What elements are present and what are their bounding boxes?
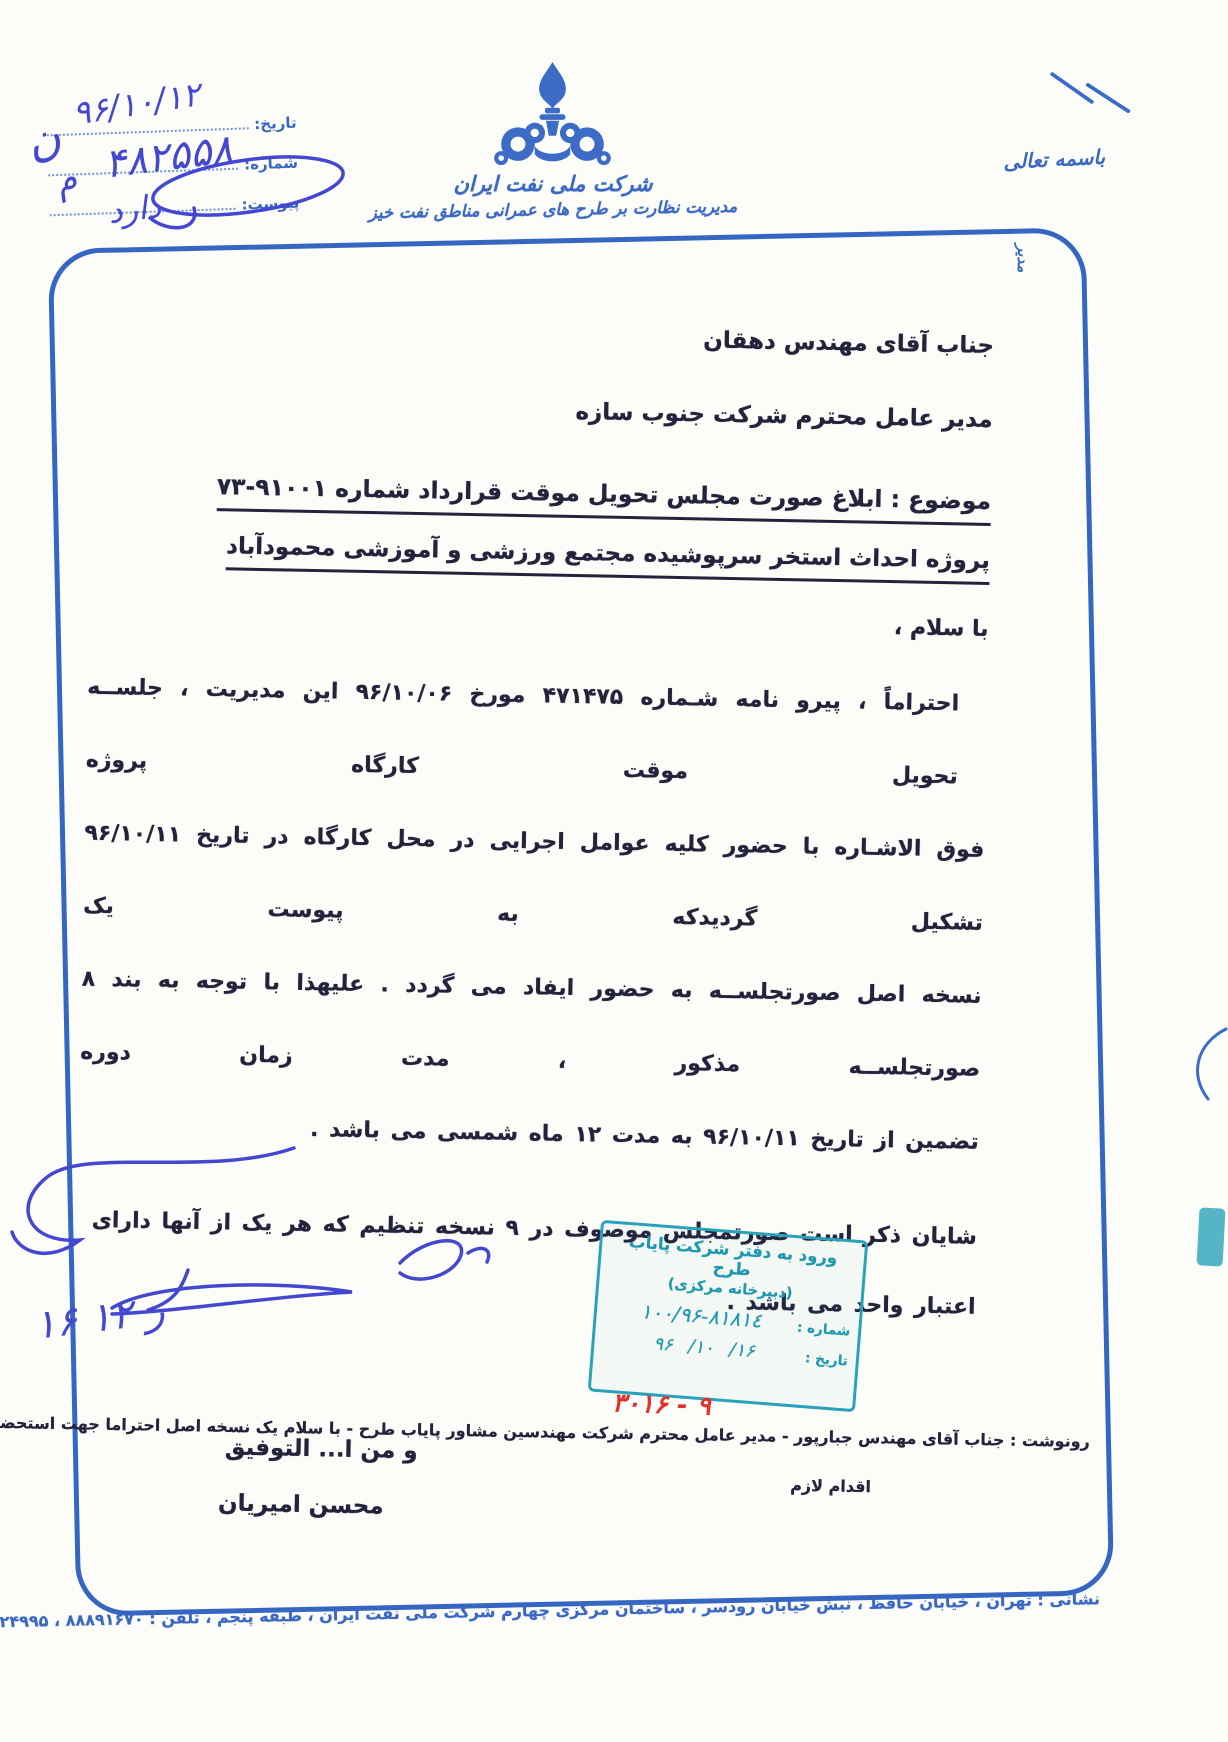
salutation: با سلام ، [89, 600, 989, 642]
signer-name: محسن امیریان [218, 1490, 384, 1519]
bismillah: باسمه تعالی [974, 145, 1105, 176]
company-name: شرکت ملی نفت ایران [368, 172, 738, 196]
recipient-line-2: مدیر عامل محترم شرکت جنوب سازه [93, 390, 993, 433]
margin-swirl-stroke [0, 1100, 300, 1310]
scan-artifact-dash [1050, 71, 1095, 104]
nioc-flame-logo-icon [470, 62, 635, 174]
date-label: تاریخ: [254, 114, 297, 133]
scanned-letter-page: { "colors": { "letterhead_blue": "#3566c… [0, 0, 1228, 1742]
body-line-2: فوق الاشـاره با حضور کلیه عوامل اجرایی د… [82, 797, 985, 960]
subject-line-2: پروژه احداث استخر سرپوشیده مجتمع ورزشی و… [226, 533, 990, 585]
side-margin-note: مدیر [1014, 244, 1032, 272]
scan-artifact-stamp-bleed [1197, 1207, 1226, 1266]
scan-artifact-curve [1180, 1025, 1228, 1105]
stamp-date-label: تاریخ : [804, 1350, 848, 1369]
entry-stamp: ورود به دفتر شرکت پایاب طرح (دبیرخانه مر… [588, 1220, 869, 1412]
stamp-date-value: ۹۶ /۱۰ /۱۶ [602, 1329, 806, 1366]
scan-artifact-dash [1085, 82, 1131, 114]
body-line-3: نسخه اصل صورتجلســه به حضور ایفاد می گرد… [80, 943, 983, 1106]
recipient-line-1: جناب آقای مهندس دهقان [94, 316, 994, 359]
body-line-1: احتراماً ، پیرو نامه شـماره ۴۷۱۴۷۵ مورخ … [85, 651, 988, 814]
subject-line-1: موضوع : ابلاغ صورت مجلس تحویل موقت قرارد… [216, 472, 991, 526]
department-name: مدیریت نظارت بر طرح های عمرانی مناطق نفت… [348, 196, 758, 222]
handwriting-loop-stroke [130, 138, 360, 238]
stamp-number-value: ۱۰۰/۹۶-۸۱۸۱٤ [604, 1296, 798, 1335]
stamp-number-label: شماره : [796, 1319, 850, 1339]
red-reference-note: ۳۰۱۶ - ۹ [612, 1388, 712, 1421]
